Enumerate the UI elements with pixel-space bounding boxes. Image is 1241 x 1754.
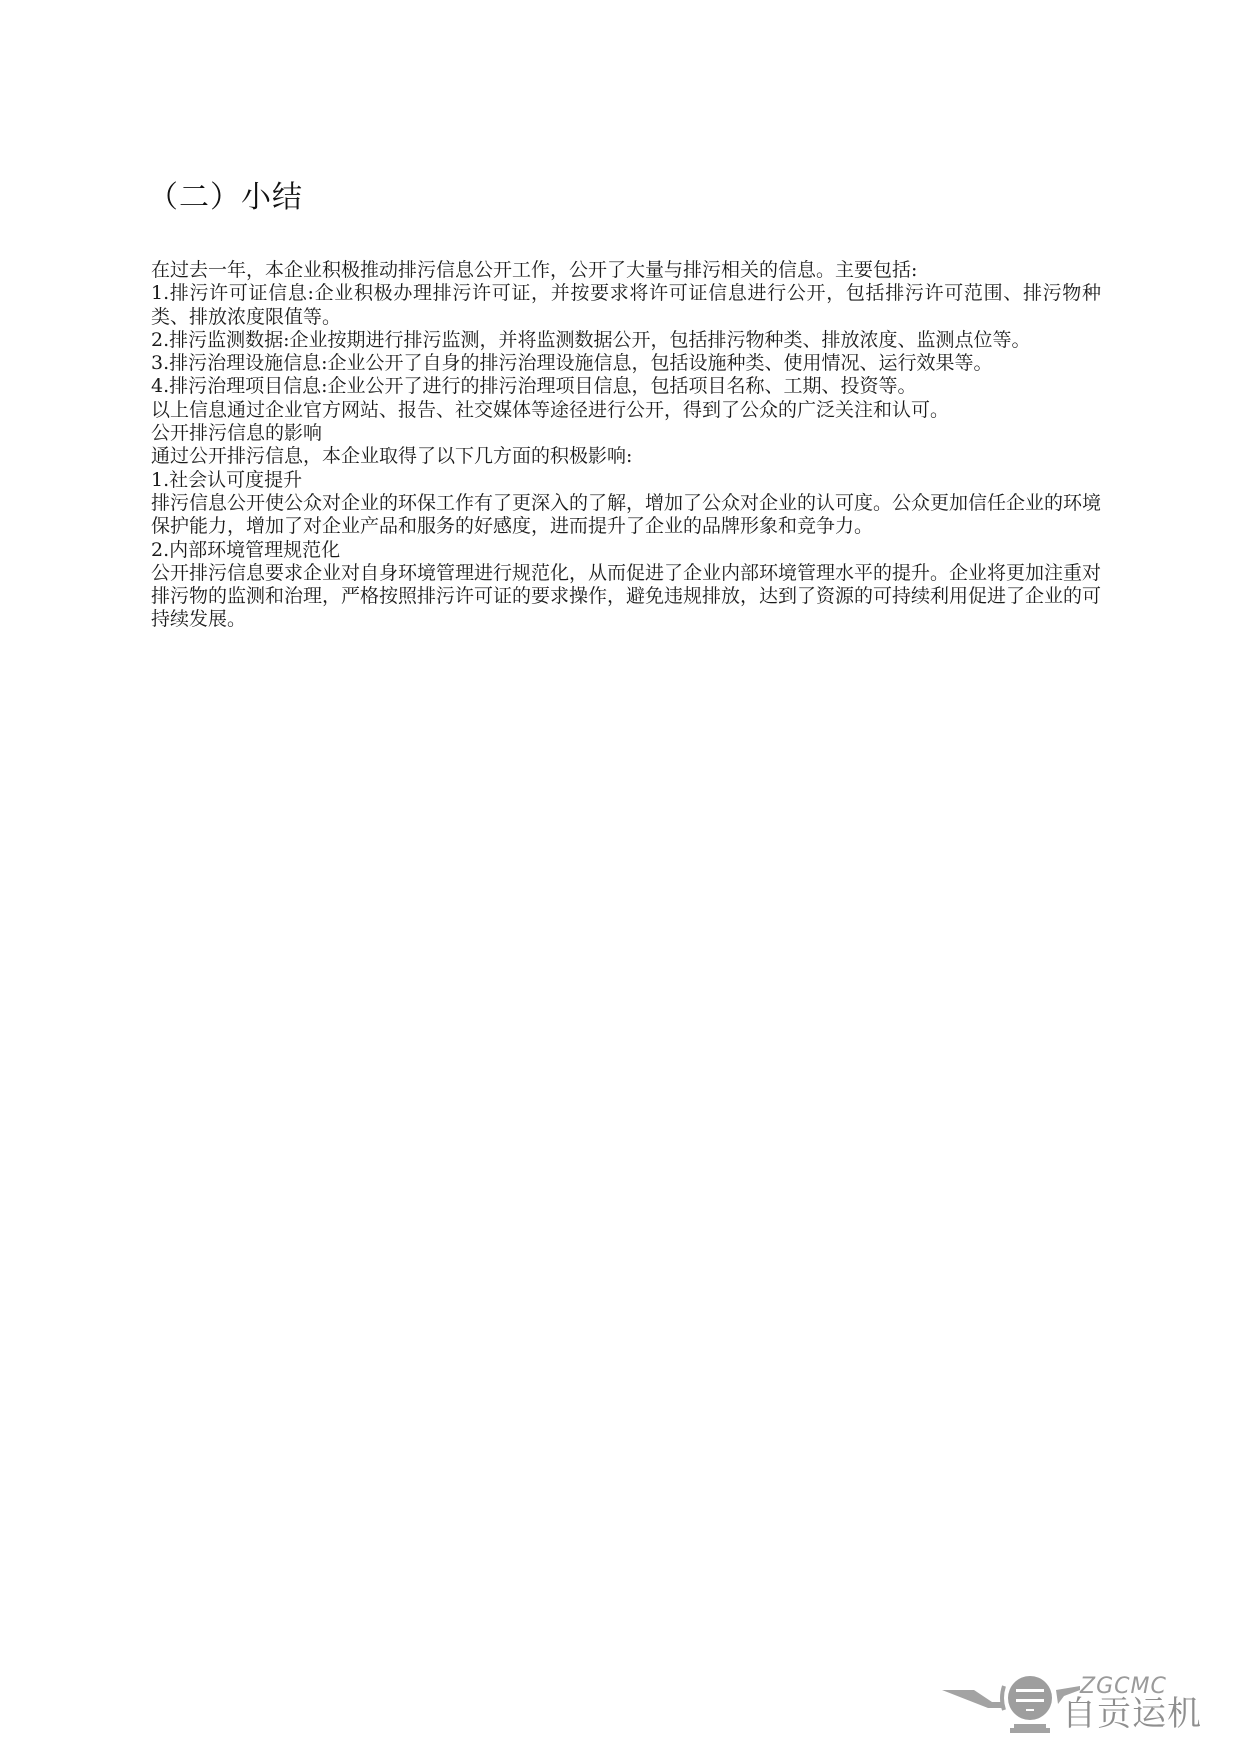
impact-intro-paragraph: 通过公开排污信息，本企业取得了以下几方面的积极影响:	[151, 445, 1101, 468]
summary-body: 在过去一年，本企业积极推动排污信息公开工作，公开了大量与排污相关的信息。主要包括…	[151, 259, 1101, 632]
impact-item-internal-management-text: 公开排污信息要求企业对自身环境管理进行规范化，从而促进了企业内部环境管理水平的提…	[151, 562, 1101, 632]
list-item-monitoring-data: 2.排污监测数据:企业按期进行排污监测，并将监测数据公开，包括排污物种类、排放浓…	[151, 329, 1101, 352]
logo-chinese-text: 自贡运机	[1062, 1694, 1202, 1734]
list-item-treatment-projects: 4.排污治理项目信息:企业公开了进行的排污治理项目信息，包括项目名称、工期、投资…	[151, 375, 1101, 398]
impact-item-social-recognition-text: 排污信息公开使公众对企业的环保工作有了更深入的了解，增加了公众对企业的认可度。公…	[151, 492, 1101, 539]
zgcmc-watermark-logo: ZGCMC 自贡运机	[940, 1668, 1215, 1738]
list-item-treatment-facilities: 3.排污治理设施信息:企业公开了自身的排污治理设施信息，包括设施种类、使用情况、…	[151, 352, 1101, 375]
section-title: （二）小结	[148, 178, 303, 218]
impact-item-social-recognition-heading: 1.社会认可度提升	[151, 469, 1101, 492]
document-page: （二）小结 在过去一年，本企业积极推动排污信息公开工作，公开了大量与排污相关的信…	[0, 0, 1241, 1754]
intro-paragraph: 在过去一年，本企业积极推动排污信息公开工作，公开了大量与排污相关的信息。主要包括…	[151, 259, 1101, 282]
list-item-permit-info: 1.排污许可证信息:企业积极办理排污许可证，并按要求将许可证信息进行公开，包括排…	[151, 282, 1101, 329]
zgcmc-logo-icon	[940, 1668, 1080, 1738]
impact-subheading: 公开排污信息的影响	[151, 422, 1101, 445]
impact-item-internal-management-heading: 2.内部环境管理规范化	[151, 539, 1101, 562]
disclosure-channels-paragraph: 以上信息通过企业官方网站、报告、社交媒体等途径进行公开，得到了公众的广泛关注和认…	[151, 399, 1101, 422]
